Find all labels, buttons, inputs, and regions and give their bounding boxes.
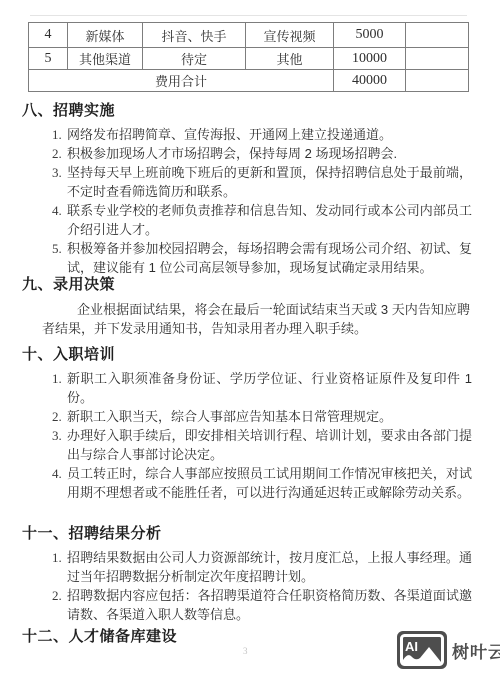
item-text: 新职工入职须准备身份证、学历学位证、行业资格证原件及复印件 1 份。 [67, 371, 472, 405]
list-item: 1. 招聘结果数据由公司人力资源部统计，按月度汇总，上报人事经理。通过当年招聘数… [67, 548, 472, 586]
cell-cost: 5000 [334, 23, 406, 48]
recruitment-fee-table: 4 新媒体 抖音、快手 宣传视频 5000 5 其他渠道 待定 其他 10000… [28, 22, 469, 92]
item-text: 办理好入职手续后，即安排相关培训行程、培训计划，要求由各部门提出与综合人事部讨论… [67, 428, 472, 462]
cell-cost: 10000 [334, 48, 406, 70]
item-text: 新职工入职当天，综合人事部应告知基本日常管理规定。 [67, 409, 392, 424]
item-number: 2. [52, 144, 62, 163]
previous-row-border-artifact [30, 15, 467, 16]
cell-note [406, 23, 469, 48]
list-item: 3. 办理好入职手续后，即安排相关培训行程、培训计划，要求由各部门提出与综合人事… [67, 426, 472, 464]
section-list: 1. 网络发布招聘简章、宣传海报、开通网上建立投递通道。 2. 积极参加现场人才… [67, 125, 472, 277]
list-item: 5. 积极筹备并参加校园招聘会，每场招聘会需有现场公司介绍、初试、复试，建议能有… [67, 239, 472, 277]
cell-note [406, 48, 469, 70]
item-number: 1. [52, 548, 62, 567]
list-item: 2. 新职工入职当天，综合人事部应告知基本日常管理规定。 [67, 407, 472, 426]
list-item: 2. 积极参加现场人才市场招聘会，保持每周 2 场现场招聘会. [67, 144, 472, 163]
section-list: 1. 新职工入职须准备身份证、学历学位证、行业资格证原件及复印件 1 份。 2.… [67, 369, 472, 502]
item-number: 3. [52, 426, 62, 445]
cell-purpose: 其他 [246, 48, 334, 70]
item-number: 5. [52, 239, 62, 258]
cell-channel: 其他渠道 [68, 48, 143, 70]
item-text: 招聘数据内容应包括：各招聘渠道符合任职资格简历数、各渠道面试邀请数、各渠道入职人… [67, 588, 472, 622]
section-heading: 九、录用决策 [22, 276, 500, 293]
section-recruitment-result-analysis: 十一、招聘结果分析 1. 招聘结果数据由公司人力资源部统计，按月度汇总，上报人事… [0, 525, 500, 624]
item-text: 坚持每天早上班前晚下班后的更新和置顶，保持招聘信息处于最前端，不定时查看筛选简历… [67, 165, 472, 199]
item-text: 积极筹备并参加校园招聘会，每场招聘会需有现场公司介绍、初试、复试，建议能有 1 … [67, 241, 472, 275]
section-hiring-decision: 九、录用决策 企业根据面试结果，将会在最后一轮面试结束当天或 3 天内告知应聘者… [0, 276, 500, 338]
item-number: 1. [52, 369, 62, 388]
section-heading: 八、招聘实施 [22, 102, 500, 119]
item-number: 1. [52, 125, 62, 144]
cell-total-value: 40000 [334, 70, 406, 92]
list-item: 4. 联系专业学校的老师负责推荐和信息告知、发动同行或本公司内部员工介绍引进人才… [67, 201, 472, 239]
section-heading: 十、入职培训 [22, 346, 500, 363]
item-number: 4. [52, 201, 62, 220]
item-text: 员工转正时，综合人事部应按照员工试用期间工作情况审核把关，对试用期不理想者或不能… [67, 466, 472, 500]
section-heading: 十一、招聘结果分析 [22, 525, 500, 542]
svg-text:AI: AI [405, 639, 418, 654]
list-item: 1. 网络发布招聘简章、宣传海报、开通网上建立投递通道。 [67, 125, 472, 144]
item-text: 网络发布招聘简章、宣传海报、开通网上建立投递通道。 [67, 127, 392, 142]
document-page: 4 新媒体 抖音、快手 宣传视频 5000 5 其他渠道 待定 其他 10000… [0, 0, 500, 681]
page-number: 3 [243, 646, 248, 656]
section-recruitment-implementation: 八、招聘实施 1. 网络发布招聘简章、宣传海报、开通网上建立投递通道。 2. 积… [0, 102, 500, 277]
list-item: 2. 招聘数据内容应包括：各招聘渠道符合任职资格简历数、各渠道面试邀请数、各渠道… [67, 586, 472, 624]
cell-platform: 抖音、快手 [143, 23, 246, 48]
cell-row-no: 4 [29, 23, 68, 48]
section-list: 1. 招聘结果数据由公司人力资源部统计，按月度汇总，上报人事经理。通过当年招聘数… [67, 548, 472, 624]
section-paragraph: 企业根据面试结果，将会在最后一轮面试结束当天或 3 天内告知应聘者结果，并下发录… [42, 300, 470, 338]
table-total-row: 费用合计 40000 [29, 70, 469, 92]
item-number: 2. [52, 407, 62, 426]
watermark: AI 树叶云 [397, 631, 500, 669]
ai-image-icon: AI [397, 631, 447, 669]
item-number: 4. [52, 464, 62, 483]
list-item: 4. 员工转正时，综合人事部应按照员工试用期间工作情况审核把关，对试用期不理想者… [67, 464, 472, 502]
cell-platform: 待定 [143, 48, 246, 70]
section-onboarding-training: 十、入职培训 1. 新职工入职须准备身份证、学历学位证、行业资格证原件及复印件 … [0, 346, 500, 502]
cell-row-no: 5 [29, 48, 68, 70]
cell-channel: 新媒体 [68, 23, 143, 48]
list-item: 3. 坚持每天早上班前晚下班后的更新和置顶，保持招聘信息处于最前端，不定时查看筛… [67, 163, 472, 201]
table-row: 4 新媒体 抖音、快手 宣传视频 5000 [29, 23, 469, 48]
item-text: 招聘结果数据由公司人力资源部统计，按月度汇总，上报人事经理。通过当年招聘数据分析… [67, 550, 472, 584]
item-text: 联系专业学校的老师负责推荐和信息告知、发动同行或本公司内部员工介绍引进人才。 [67, 203, 472, 237]
cell-purpose: 宣传视频 [246, 23, 334, 48]
item-number: 2. [52, 586, 62, 605]
cell-note [406, 70, 469, 92]
item-text: 积极参加现场人才市场招聘会，保持每周 2 场现场招聘会. [67, 146, 397, 161]
list-item: 1. 新职工入职须准备身份证、学历学位证、行业资格证原件及复印件 1 份。 [67, 369, 472, 407]
item-number: 3. [52, 163, 62, 182]
cell-total-label: 费用合计 [29, 70, 334, 92]
watermark-brand: 树叶云 [452, 638, 500, 663]
table-row: 5 其他渠道 待定 其他 10000 [29, 48, 469, 70]
